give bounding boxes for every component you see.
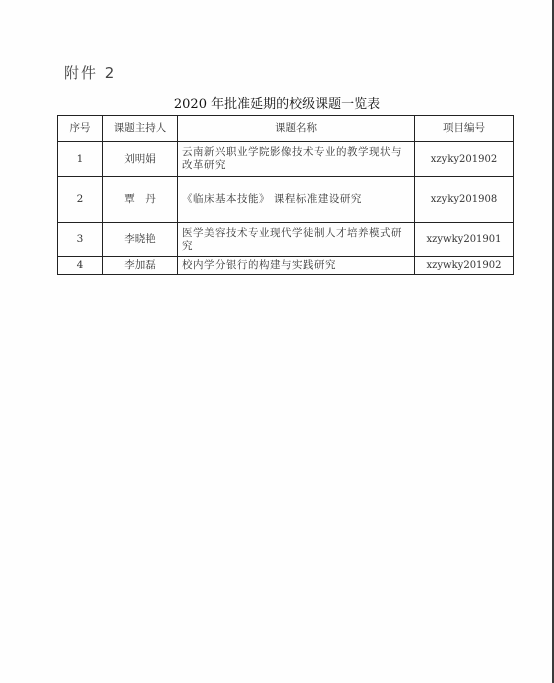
header-host: 课题主持人 [103, 116, 178, 142]
cell-serial-number: 4 [58, 257, 103, 275]
cell-serial-number: 3 [58, 223, 103, 257]
cell-host: 李加磊 [103, 257, 178, 275]
cell-serial-number: 2 [58, 177, 103, 223]
cell-serial-number: 1 [58, 142, 103, 177]
cell-project-title: 医学美容技术专业现代学徒制人才培养模式研究 [178, 223, 415, 257]
cell-project-title: 云南新兴职业学院影像技术专业的教学现状与改革研究 [178, 142, 415, 177]
header-project-title: 课题名称 [178, 116, 415, 142]
table-row: 2 覃 丹 《临床基本技能》 课程标准建设研究 xzyky201908 [58, 177, 514, 223]
cell-project-code: xzyky201908 [415, 177, 514, 223]
cell-host: 李晓艳 [103, 223, 178, 257]
cell-project-title: 校内学分银行的构建与实践研究 [178, 257, 415, 275]
table-row: 3 李晓艳 医学美容技术专业现代学徒制人才培养模式研究 xzywky201901 [58, 223, 514, 257]
table-header-row: 序号 课题主持人 课题名称 项目编号 [58, 116, 514, 142]
cell-project-title: 《临床基本技能》 课程标准建设研究 [178, 177, 415, 223]
project-table: 序号 课题主持人 课题名称 项目编号 1 刘明娟 云南新兴职业学院影像技术专业的… [57, 115, 514, 275]
cell-host: 覃 丹 [103, 177, 178, 223]
header-serial-number: 序号 [58, 116, 103, 142]
cell-host: 刘明娟 [103, 142, 178, 177]
table-row: 4 李加磊 校内学分银行的构建与实践研究 xzywky201902 [58, 257, 514, 275]
cell-project-code: xzyky201902 [415, 142, 514, 177]
document-title: 2020 年批准延期的校级课题一览表 [0, 93, 554, 112]
table-row: 1 刘明娟 云南新兴职业学院影像技术专业的教学现状与改革研究 xzyky2019… [58, 142, 514, 177]
header-project-code: 项目编号 [415, 116, 514, 142]
cell-project-code: xzywky201901 [415, 223, 514, 257]
cell-project-code: xzywky201902 [415, 257, 514, 275]
attachment-label: 附件 2 [64, 62, 116, 83]
